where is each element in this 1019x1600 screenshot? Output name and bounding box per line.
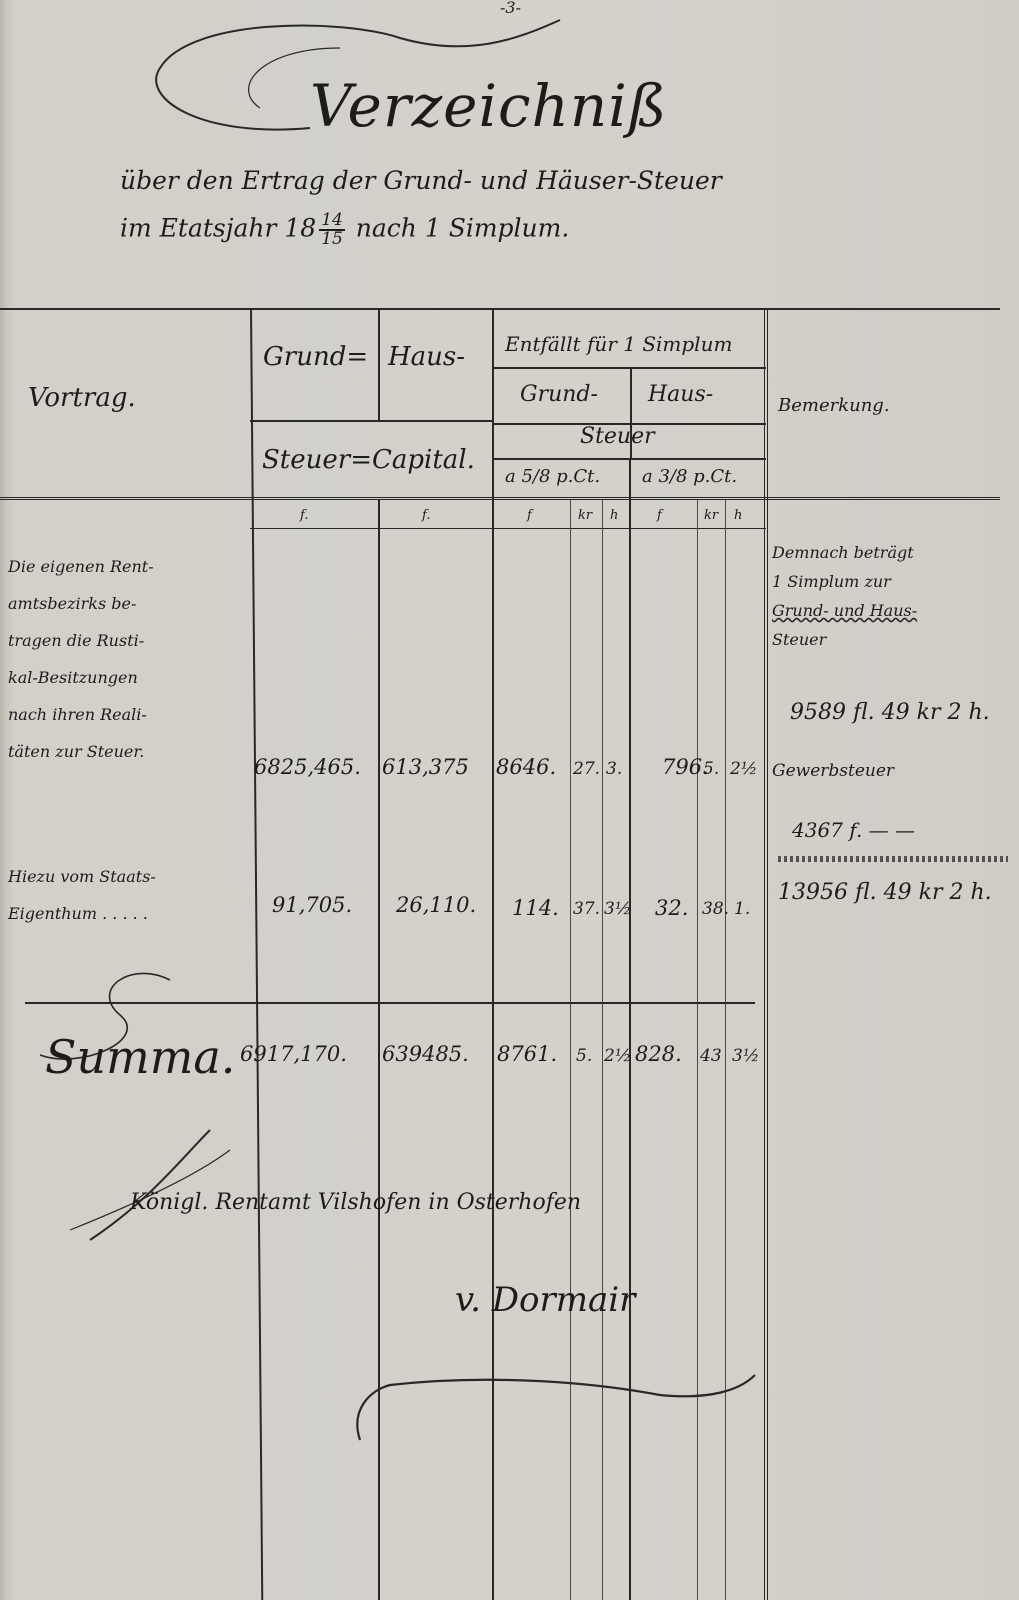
summa-label: Summa. bbox=[45, 1030, 235, 1084]
document-subtitle-line1: über den Ertrag der Grund- und Häuser-St… bbox=[120, 166, 722, 195]
haus-steuer-h: 1. bbox=[734, 899, 750, 919]
description-line: Eigenthum . . . . . bbox=[8, 895, 156, 932]
header-rule-entfaellt bbox=[492, 367, 766, 369]
unit-haus-kr: kr bbox=[704, 508, 718, 523]
haus-capital-value: 613,375 bbox=[382, 755, 469, 779]
grund-steuer-h: 3. bbox=[606, 759, 622, 779]
header-steuer-capital: Steuer=Capital. bbox=[262, 445, 475, 475]
remark-total-amount: 13956 fl. 49 kr 2 h. bbox=[778, 880, 992, 905]
description-line: kal-Besitzungen bbox=[8, 659, 154, 696]
description-line: Die eigenen Rent- bbox=[8, 548, 154, 585]
header-vortrag: Vortrag. bbox=[28, 383, 136, 413]
description-line: tragen die Rusti- bbox=[8, 622, 154, 659]
header-bemerkung: Bemerkung. bbox=[778, 395, 890, 416]
description-line: täten zur Steuer. bbox=[8, 733, 154, 770]
row-description: Hiezu vom Staats- Eigenthum . . . . . bbox=[8, 858, 156, 932]
header-rate-haus: a 3/8 p.Ct. bbox=[642, 466, 737, 487]
subtitle-suffix: nach 1 Simplum. bbox=[356, 214, 570, 243]
remark-line: Demnach beträgt bbox=[772, 538, 917, 567]
summa-grund-capital: 6917,170. bbox=[240, 1042, 347, 1066]
grund-steuer-h: 3½ bbox=[604, 899, 631, 919]
units-rule bbox=[250, 528, 766, 529]
unit-haus-f: f bbox=[657, 508, 662, 523]
fiscal-year-fraction: 1415 bbox=[319, 212, 345, 248]
remark-line: Grund- und Haus- bbox=[772, 596, 917, 625]
column-line-haus-header bbox=[378, 308, 380, 420]
header-haus-steuer: Haus- bbox=[648, 382, 713, 407]
header-entfaellt-simplum: Entfällt für 1 Simplum bbox=[505, 332, 732, 356]
haus-steuer-h: 2½ bbox=[730, 759, 757, 779]
remark-line: 1 Simplum zur bbox=[772, 567, 917, 596]
summa-haus-f: 828. bbox=[635, 1042, 682, 1066]
remark-wavy-rule bbox=[778, 856, 1008, 862]
summa-grund-kr: 5. bbox=[576, 1046, 592, 1066]
description-line: Hiezu vom Staats- bbox=[8, 858, 156, 895]
header-bottom-double-rule bbox=[0, 497, 1000, 503]
haus-steuer-kr: 38. bbox=[702, 899, 729, 919]
header-rule-capital bbox=[250, 420, 492, 422]
summa-haus-capital: 639485. bbox=[382, 1042, 469, 1066]
unit-grund-capital: f. bbox=[300, 508, 308, 523]
summa-grund-h: 2½ bbox=[604, 1046, 631, 1066]
signature-office: Königl. Rentamt Vilshofen in Osterhofen bbox=[130, 1190, 581, 1215]
row-description: Die eigenen Rent- amtsbezirks be- tragen… bbox=[8, 548, 154, 770]
grund-steuer-kr: 27. bbox=[573, 759, 600, 779]
grund-steuer-f: 8646. bbox=[496, 755, 556, 779]
unit-grund-f: f bbox=[527, 508, 532, 523]
grund-capital-value: 91,705. bbox=[272, 893, 352, 917]
remark-text: Demnach beträgt 1 Simplum zur Grund- und… bbox=[772, 538, 917, 654]
description-line: nach ihren Reali- bbox=[8, 696, 154, 733]
remark-gewerbsteuer-label: Gewerbsteuer bbox=[772, 757, 894, 786]
grund-steuer-f: 114. bbox=[512, 896, 559, 920]
header-rate-grund: a 5/8 p.Ct. bbox=[505, 466, 600, 487]
signature-flourish-ornament bbox=[60, 1120, 280, 1250]
unit-grund-h: h bbox=[610, 508, 618, 523]
column-line-bemerkung bbox=[764, 308, 768, 1600]
grund-steuer-kr: 37. bbox=[573, 899, 600, 919]
document-title: Verzeichniß bbox=[310, 72, 668, 140]
summa-grund-f: 8761. bbox=[497, 1042, 557, 1066]
haus-steuer-f: 32. bbox=[655, 896, 688, 920]
header-steuer: Steuer bbox=[580, 424, 655, 449]
grund-capital-value: 6825,465. bbox=[254, 755, 361, 779]
haus-capital-value: 26,110. bbox=[396, 893, 476, 917]
haus-steuer-f: 796. bbox=[662, 755, 709, 779]
signature-underline-flourish bbox=[330, 1370, 760, 1450]
remark-simplum-amount: 9589 fl. 49 kr 2 h. bbox=[790, 700, 990, 725]
remark-line: Steuer bbox=[772, 625, 917, 654]
table-top-rule bbox=[0, 308, 1000, 310]
unit-haus-capital: f. bbox=[422, 508, 430, 523]
fiscal-year-denominator: 15 bbox=[319, 231, 345, 248]
header-haus: Haus- bbox=[388, 342, 465, 372]
haus-steuer-kr: 5. bbox=[703, 759, 719, 779]
remark-gewerbsteuer-amount: 4367 f. — — bbox=[792, 818, 915, 842]
subtitle-prefix: im Etatsjahr 18 bbox=[120, 214, 316, 243]
signature-name: v. Dormair bbox=[455, 1280, 635, 1320]
summa-haus-h: 3½ bbox=[732, 1046, 759, 1066]
unit-haus-h: h bbox=[734, 508, 742, 523]
summa-haus-kr: 43 bbox=[700, 1046, 722, 1066]
description-line: amtsbezirks be- bbox=[8, 585, 154, 622]
header-grund: Grund= bbox=[263, 342, 368, 372]
document-subtitle-line2: im Etatsjahr 181415 nach 1 Simplum. bbox=[120, 212, 569, 248]
unit-grund-kr: kr bbox=[578, 508, 592, 523]
header-grund-steuer: Grund- bbox=[520, 382, 598, 407]
document-page: -3- Verzeichniß über den Ertrag der Grun… bbox=[0, 0, 1019, 1600]
